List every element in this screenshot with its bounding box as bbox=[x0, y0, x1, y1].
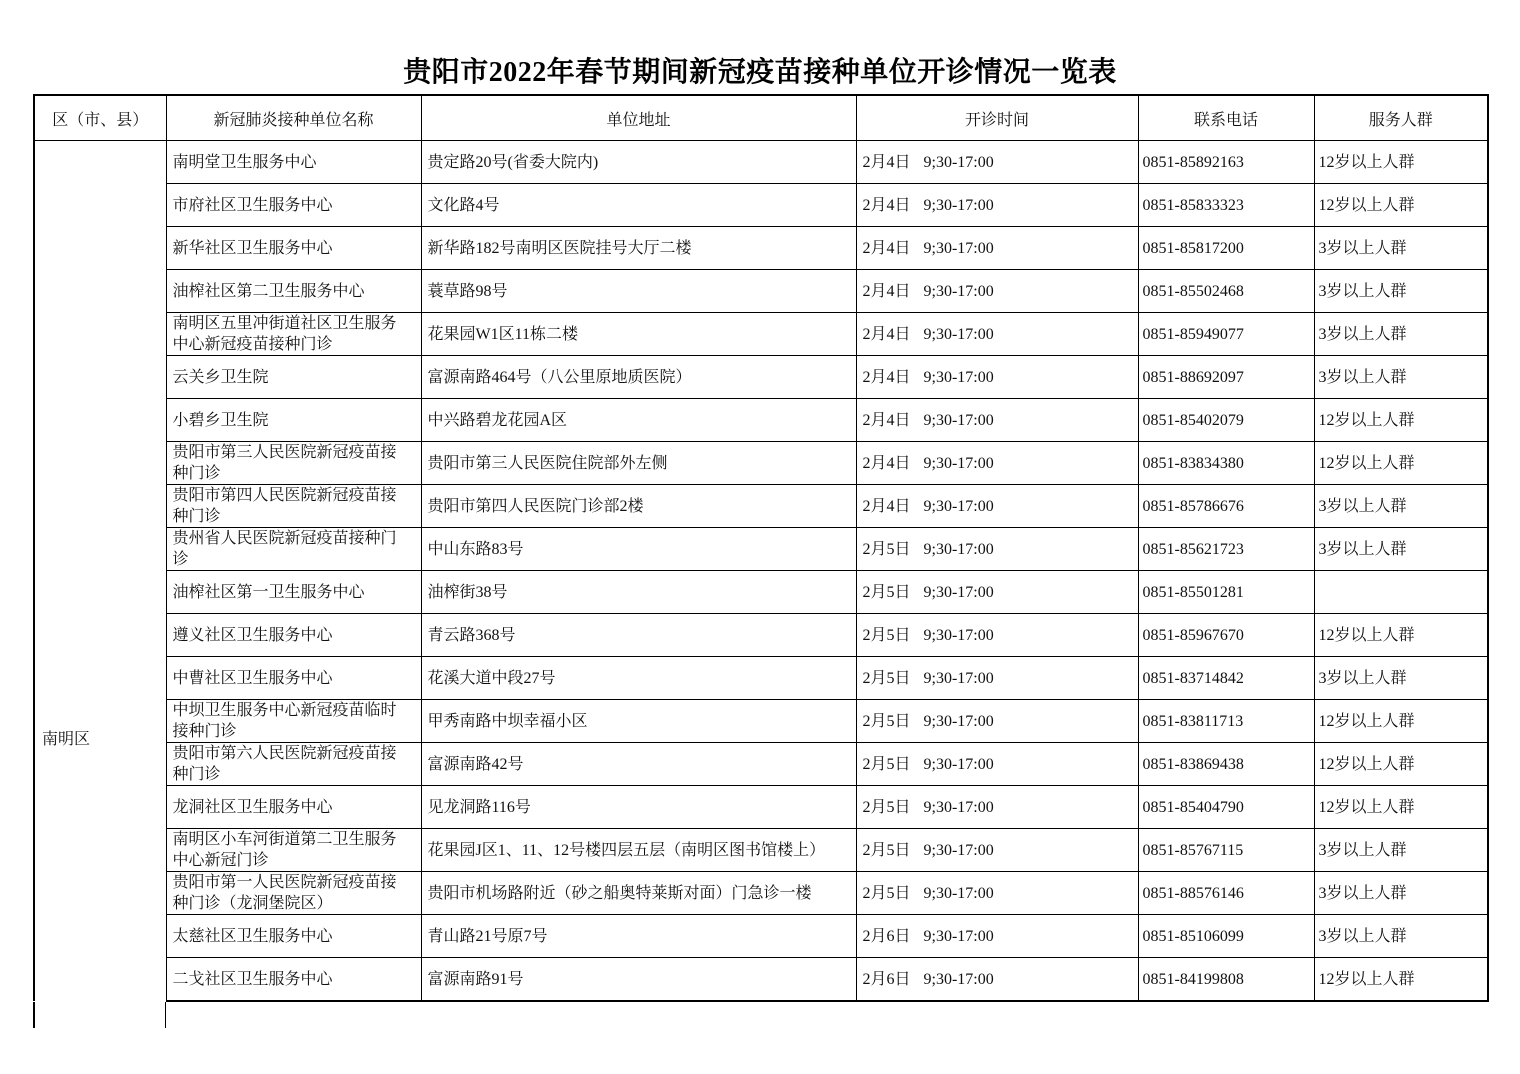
open-hours: 9;30-17:00 bbox=[924, 326, 994, 343]
service-group-cell: 3岁以上人群 bbox=[1314, 829, 1488, 872]
table-row: 云关乡卫生院富源南路464号（八公里原地质医院）2月4日9;30-17:0008… bbox=[34, 356, 1488, 399]
phone-cell: 0851-85106099 bbox=[1138, 915, 1314, 958]
district-label: 南明区 bbox=[42, 729, 90, 750]
open-hours: 9;30-17:00 bbox=[924, 885, 994, 902]
table-row: 贵阳市第一人民医院新冠疫苗接种门诊（龙洞堡院区）贵阳市机场路附近（砂之船奥特莱斯… bbox=[34, 872, 1488, 915]
time-cell: 2月5日9;30-17:00 bbox=[856, 657, 1138, 700]
phone-cell: 0851-88692097 bbox=[1138, 356, 1314, 399]
district-cell: 南明区 bbox=[34, 141, 166, 1002]
service-group-cell: 12岁以上人群 bbox=[1314, 399, 1488, 442]
phone-cell: 0851-85501281 bbox=[1138, 571, 1314, 614]
address-cell: 蓑草路98号 bbox=[421, 270, 856, 313]
time-cell: 2月5日9;30-17:00 bbox=[856, 700, 1138, 743]
service-group-cell: 12岁以上人群 bbox=[1314, 786, 1488, 829]
site-name-cell: 贵州省人民医院新冠疫苗接种门诊 bbox=[166, 528, 421, 571]
open-date: 2月5日 bbox=[863, 541, 911, 558]
open-date: 2月6日 bbox=[863, 928, 911, 945]
open-hours: 9;30-17:00 bbox=[924, 541, 994, 558]
header-row: 区（市、县） 新冠肺炎接种单位名称 单位地址 开诊时间 联系电话 服务人群 bbox=[34, 95, 1488, 141]
address-cell: 贵阳市机场路附近（砂之船奥特莱斯对面）门急诊一楼 bbox=[421, 872, 856, 915]
open-hours: 9;30-17:00 bbox=[924, 455, 994, 472]
address-cell: 甲秀南路中坝幸福小区 bbox=[421, 700, 856, 743]
open-hours: 9;30-17:00 bbox=[924, 369, 994, 386]
time-cell: 2月5日9;30-17:00 bbox=[856, 872, 1138, 915]
table-row: 龙洞社区卫生服务中心见龙洞路116号2月5日9;30-17:000851-854… bbox=[34, 786, 1488, 829]
open-date: 2月5日 bbox=[863, 756, 911, 773]
address-cell: 新华路182号南明区医院挂号大厅二楼 bbox=[421, 227, 856, 270]
open-hours: 9;30-17:00 bbox=[924, 240, 994, 257]
phone-cell: 0851-85402079 bbox=[1138, 399, 1314, 442]
service-group-cell: 3岁以上人群 bbox=[1314, 485, 1488, 528]
col-header-phone: 联系电话 bbox=[1138, 95, 1314, 141]
phone-cell: 0851-85767115 bbox=[1138, 829, 1314, 872]
col-header-site-name: 新冠肺炎接种单位名称 bbox=[166, 95, 421, 141]
open-hours: 9;30-17:00 bbox=[924, 412, 994, 429]
merged-cell-continuation bbox=[33, 1002, 166, 1028]
table-row: 二戈社区卫生服务中心富源南路91号2月6日9;30-17:000851-8419… bbox=[34, 958, 1488, 1002]
phone-cell: 0851-83811713 bbox=[1138, 700, 1314, 743]
time-cell: 2月4日9;30-17:00 bbox=[856, 141, 1138, 184]
table-body: 南明区南明堂卫生服务中心贵定路20号(省委大院内)2月4日9;30-17:000… bbox=[34, 141, 1488, 1002]
open-hours: 9;30-17:00 bbox=[924, 670, 994, 687]
phone-cell: 0851-85786676 bbox=[1138, 485, 1314, 528]
open-hours: 9;30-17:00 bbox=[924, 928, 994, 945]
site-name-cell: 贵阳市第三人民医院新冠疫苗接种门诊 bbox=[166, 442, 421, 485]
site-name-cell: 油榨社区第一卫生服务中心 bbox=[166, 571, 421, 614]
address-cell: 中兴路碧龙花园A区 bbox=[421, 399, 856, 442]
phone-cell: 0851-85892163 bbox=[1138, 141, 1314, 184]
time-cell: 2月6日9;30-17:00 bbox=[856, 958, 1138, 1002]
site-name-cell: 遵义社区卫生服务中心 bbox=[166, 614, 421, 657]
open-date: 2月5日 bbox=[863, 670, 911, 687]
address-cell: 见龙洞路116号 bbox=[421, 786, 856, 829]
phone-cell: 0851-85817200 bbox=[1138, 227, 1314, 270]
open-date: 2月6日 bbox=[863, 971, 911, 988]
site-name-cell: 南明区小车河街道第二卫生服务中心新冠门诊 bbox=[166, 829, 421, 872]
open-hours: 9;30-17:00 bbox=[924, 283, 994, 300]
phone-cell: 0851-85967670 bbox=[1138, 614, 1314, 657]
phone-cell: 0851-83714842 bbox=[1138, 657, 1314, 700]
service-group-cell: 3岁以上人群 bbox=[1314, 657, 1488, 700]
address-cell: 油榨街38号 bbox=[421, 571, 856, 614]
table-row: 新华社区卫生服务中心新华路182号南明区医院挂号大厅二楼2月4日9;30-17:… bbox=[34, 227, 1488, 270]
site-name-cell: 贵阳市第一人民医院新冠疫苗接种门诊（龙洞堡院区） bbox=[166, 872, 421, 915]
site-name-cell: 云关乡卫生院 bbox=[166, 356, 421, 399]
table-row: 中坝卫生服务中心新冠疫苗临时接种门诊甲秀南路中坝幸福小区2月5日9;30-17:… bbox=[34, 700, 1488, 743]
service-group-cell: 3岁以上人群 bbox=[1314, 227, 1488, 270]
table-row: 中曹社区卫生服务中心花溪大道中段27号2月5日9;30-17:000851-83… bbox=[34, 657, 1488, 700]
open-date: 2月5日 bbox=[863, 713, 911, 730]
site-name-cell: 油榨社区第二卫生服务中心 bbox=[166, 270, 421, 313]
service-group-cell: 12岁以上人群 bbox=[1314, 958, 1488, 1002]
open-hours: 9;30-17:00 bbox=[924, 498, 994, 515]
open-date: 2月5日 bbox=[863, 799, 911, 816]
time-cell: 2月4日9;30-17:00 bbox=[856, 485, 1138, 528]
open-date: 2月4日 bbox=[863, 283, 911, 300]
open-hours: 9;30-17:00 bbox=[924, 799, 994, 816]
open-hours: 9;30-17:00 bbox=[924, 584, 994, 601]
table-row: 市府社区卫生服务中心文化路4号2月4日9;30-17:000851-858333… bbox=[34, 184, 1488, 227]
service-group-cell: 12岁以上人群 bbox=[1314, 141, 1488, 184]
time-cell: 2月4日9;30-17:00 bbox=[856, 442, 1138, 485]
service-group-cell: 3岁以上人群 bbox=[1314, 872, 1488, 915]
table-row: 油榨社区第一卫生服务中心油榨街38号2月5日9;30-17:000851-855… bbox=[34, 571, 1488, 614]
open-hours: 9;30-17:00 bbox=[924, 756, 994, 773]
address-cell: 贵阳市第三人民医院住院部外左侧 bbox=[421, 442, 856, 485]
time-cell: 2月5日9;30-17:00 bbox=[856, 743, 1138, 786]
service-group-cell: 3岁以上人群 bbox=[1314, 528, 1488, 571]
vaccine-sites-table: 区（市、县） 新冠肺炎接种单位名称 单位地址 开诊时间 联系电话 服务人群 南明… bbox=[33, 94, 1489, 1002]
open-date: 2月4日 bbox=[863, 369, 911, 386]
phone-cell: 0851-85949077 bbox=[1138, 313, 1314, 356]
document-page: 贵阳市2022年春节期间新冠疫苗接种单位开诊情况一览表 区（市、县） 新冠肺炎接… bbox=[0, 0, 1520, 1074]
open-date: 2月4日 bbox=[863, 412, 911, 429]
open-hours: 9;30-17:00 bbox=[924, 627, 994, 644]
time-cell: 2月5日9;30-17:00 bbox=[856, 829, 1138, 872]
page-title: 贵阳市2022年春节期间新冠疫苗接种单位开诊情况一览表 bbox=[0, 50, 1520, 90]
table-row: 贵州省人民医院新冠疫苗接种门诊中山东路83号2月5日9;30-17:000851… bbox=[34, 528, 1488, 571]
open-hours: 9;30-17:00 bbox=[924, 154, 994, 171]
time-cell: 2月4日9;30-17:00 bbox=[856, 356, 1138, 399]
open-date: 2月4日 bbox=[863, 326, 911, 343]
phone-cell: 0851-85404790 bbox=[1138, 786, 1314, 829]
time-cell: 2月4日9;30-17:00 bbox=[856, 399, 1138, 442]
site-name-cell: 小碧乡卫生院 bbox=[166, 399, 421, 442]
table-row: 贵阳市第四人民医院新冠疫苗接种门诊贵阳市第四人民医院门诊部2楼2月4日9;30-… bbox=[34, 485, 1488, 528]
service-group-cell: 3岁以上人群 bbox=[1314, 313, 1488, 356]
site-name-cell: 龙洞社区卫生服务中心 bbox=[166, 786, 421, 829]
table-row: 贵阳市第六人民医院新冠疫苗接种门诊富源南路42号2月5日9;30-17:0008… bbox=[34, 743, 1488, 786]
col-header-district: 区（市、县） bbox=[34, 95, 166, 141]
open-date: 2月4日 bbox=[863, 240, 911, 257]
open-date: 2月5日 bbox=[863, 584, 911, 601]
col-header-address: 单位地址 bbox=[421, 95, 856, 141]
table-row: 南明区五里冲街道社区卫生服务中心新冠疫苗接种门诊花果园W1区11栋二楼2月4日9… bbox=[34, 313, 1488, 356]
table-row: 小碧乡卫生院中兴路碧龙花园A区2月4日9;30-17:000851-854020… bbox=[34, 399, 1488, 442]
time-cell: 2月5日9;30-17:00 bbox=[856, 528, 1138, 571]
open-date: 2月4日 bbox=[863, 455, 911, 472]
service-group-cell bbox=[1314, 571, 1488, 614]
site-name-cell: 中坝卫生服务中心新冠疫苗临时接种门诊 bbox=[166, 700, 421, 743]
address-cell: 青云路368号 bbox=[421, 614, 856, 657]
address-cell: 中山东路83号 bbox=[421, 528, 856, 571]
phone-cell: 0851-85502468 bbox=[1138, 270, 1314, 313]
phone-cell: 0851-88576146 bbox=[1138, 872, 1314, 915]
site-name-cell: 二戈社区卫生服务中心 bbox=[166, 958, 421, 1002]
address-cell: 青山路21号原7号 bbox=[421, 915, 856, 958]
address-cell: 富源南路464号（八公里原地质医院） bbox=[421, 356, 856, 399]
open-date: 2月4日 bbox=[863, 498, 911, 515]
address-cell: 花溪大道中段27号 bbox=[421, 657, 856, 700]
service-group-cell: 3岁以上人群 bbox=[1314, 915, 1488, 958]
open-hours: 9;30-17:00 bbox=[924, 713, 994, 730]
service-group-cell: 3岁以上人群 bbox=[1314, 356, 1488, 399]
time-cell: 2月4日9;30-17:00 bbox=[856, 184, 1138, 227]
open-date: 2月5日 bbox=[863, 842, 911, 859]
open-date: 2月4日 bbox=[863, 197, 911, 214]
phone-cell: 0851-85833323 bbox=[1138, 184, 1314, 227]
service-group-cell: 12岁以上人群 bbox=[1314, 700, 1488, 743]
site-name-cell: 贵阳市第四人民医院新冠疫苗接种门诊 bbox=[166, 485, 421, 528]
phone-cell: 0851-85621723 bbox=[1138, 528, 1314, 571]
address-cell: 富源南路42号 bbox=[421, 743, 856, 786]
phone-cell: 0851-84199808 bbox=[1138, 958, 1314, 1002]
table-row: 南明区南明堂卫生服务中心贵定路20号(省委大院内)2月4日9;30-17:000… bbox=[34, 141, 1488, 184]
service-group-cell: 12岁以上人群 bbox=[1314, 614, 1488, 657]
site-name-cell: 南明堂卫生服务中心 bbox=[166, 141, 421, 184]
time-cell: 2月4日9;30-17:00 bbox=[856, 227, 1138, 270]
site-name-cell: 新华社区卫生服务中心 bbox=[166, 227, 421, 270]
address-cell: 富源南路91号 bbox=[421, 958, 856, 1002]
service-group-cell: 12岁以上人群 bbox=[1314, 442, 1488, 485]
site-name-cell: 贵阳市第六人民医院新冠疫苗接种门诊 bbox=[166, 743, 421, 786]
site-name-cell: 中曹社区卫生服务中心 bbox=[166, 657, 421, 700]
open-date: 2月5日 bbox=[863, 885, 911, 902]
address-cell: 花果园J区1、11、12号楼四层五层（南明区图书馆楼上） bbox=[421, 829, 856, 872]
table-row: 太慈社区卫生服务中心青山路21号原7号2月6日9;30-17:000851-85… bbox=[34, 915, 1488, 958]
service-group-cell: 12岁以上人群 bbox=[1314, 184, 1488, 227]
open-date: 2月4日 bbox=[863, 154, 911, 171]
table-row: 南明区小车河街道第二卫生服务中心新冠门诊花果园J区1、11、12号楼四层五层（南… bbox=[34, 829, 1488, 872]
col-header-service-group: 服务人群 bbox=[1314, 95, 1488, 141]
address-cell: 文化路4号 bbox=[421, 184, 856, 227]
table-row: 贵阳市第三人民医院新冠疫苗接种门诊贵阳市第三人民医院住院部外左侧2月4日9;30… bbox=[34, 442, 1488, 485]
open-hours: 9;30-17:00 bbox=[924, 842, 994, 859]
time-cell: 2月4日9;30-17:00 bbox=[856, 270, 1138, 313]
open-date: 2月5日 bbox=[863, 627, 911, 644]
open-hours: 9;30-17:00 bbox=[924, 197, 994, 214]
service-group-cell: 12岁以上人群 bbox=[1314, 743, 1488, 786]
phone-cell: 0851-83869438 bbox=[1138, 743, 1314, 786]
time-cell: 2月5日9;30-17:00 bbox=[856, 614, 1138, 657]
col-header-open-time: 开诊时间 bbox=[856, 95, 1138, 141]
time-cell: 2月4日9;30-17:00 bbox=[856, 313, 1138, 356]
address-cell: 花果园W1区11栋二楼 bbox=[421, 313, 856, 356]
service-group-cell: 3岁以上人群 bbox=[1314, 270, 1488, 313]
time-cell: 2月5日9;30-17:00 bbox=[856, 571, 1138, 614]
phone-cell: 0851-83834380 bbox=[1138, 442, 1314, 485]
open-hours: 9;30-17:00 bbox=[924, 971, 994, 988]
time-cell: 2月6日9;30-17:00 bbox=[856, 915, 1138, 958]
table-row: 油榨社区第二卫生服务中心蓑草路98号2月4日9;30-17:000851-855… bbox=[34, 270, 1488, 313]
address-cell: 贵定路20号(省委大院内) bbox=[421, 141, 856, 184]
site-name-cell: 太慈社区卫生服务中心 bbox=[166, 915, 421, 958]
site-name-cell: 南明区五里冲街道社区卫生服务中心新冠疫苗接种门诊 bbox=[166, 313, 421, 356]
address-cell: 贵阳市第四人民医院门诊部2楼 bbox=[421, 485, 856, 528]
table-row: 遵义社区卫生服务中心青云路368号2月5日9;30-17:000851-8596… bbox=[34, 614, 1488, 657]
time-cell: 2月5日9;30-17:00 bbox=[856, 786, 1138, 829]
site-name-cell: 市府社区卫生服务中心 bbox=[166, 184, 421, 227]
